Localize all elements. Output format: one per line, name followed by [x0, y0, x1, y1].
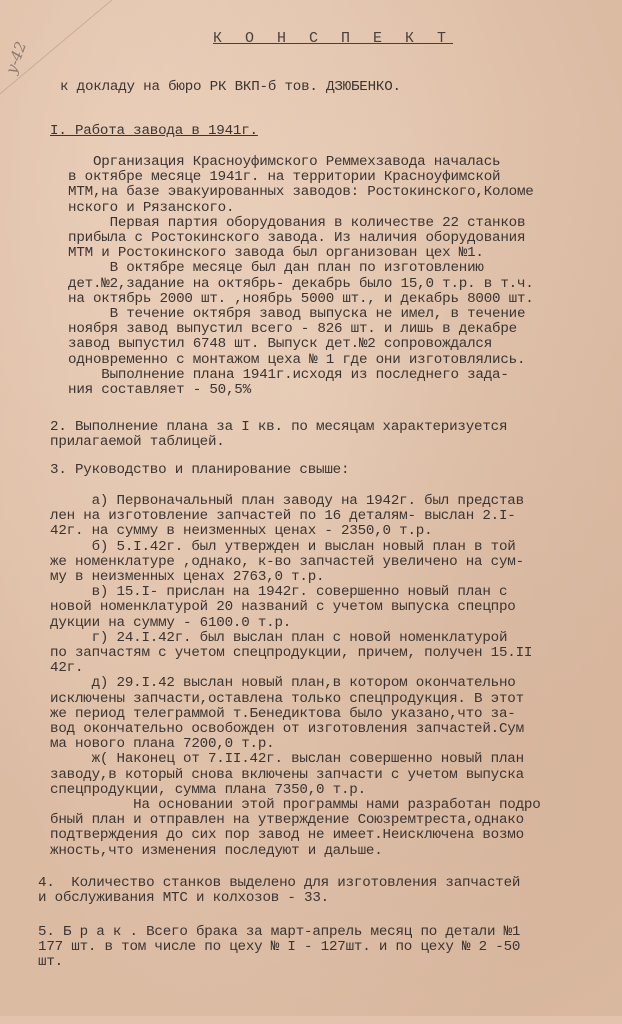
text-line: 4. Количество станков выделено для изгот…: [38, 876, 520, 890]
text-line: в) 15.I- прислан на 1942г. совершенно но…: [50, 585, 507, 599]
text-line: жность,что изменения последуют и дальше.: [50, 844, 383, 858]
text-line: заводу,в который снова включены запчасти…: [50, 768, 524, 782]
text-line: на октябрь 2000 шт. ,ноябрь 5000 шт., и …: [68, 292, 534, 306]
section-1-heading-text: I. Работа завода в 1941г.: [50, 123, 258, 139]
text-line: ж( Наконец от 7.II.42г. выслан совершенн…: [50, 752, 524, 766]
text-line: шт.: [38, 955, 63, 969]
document-page: у-42 К О Н С П Е К Т к докладу на бюро Р…: [0, 0, 622, 1016]
text-line: 5. Б р а к . Всего брака за март-апрель …: [38, 925, 520, 939]
text-line: одновременно с монтажом цеха № 1 где они…: [68, 353, 525, 367]
text-line: исключены запчасти,оставлена только спец…: [50, 692, 524, 706]
section-3-heading: 3. Руководство и планирование свыше:: [50, 463, 349, 477]
text-line: же период телеграммой т.Бенедиктова было…: [50, 707, 516, 721]
text-line: прилагаемой таблицей.: [50, 435, 225, 449]
text-line: нского и Рязанского.: [68, 201, 234, 215]
text-line: вод окончательно освобожден от изготовле…: [50, 722, 524, 736]
text-line: по запчастям с учетом спецпродукции, при…: [50, 646, 532, 660]
document-subtitle: к докладу на бюро РК ВКП-б тов. ДЗЮБЕНКО…: [60, 80, 401, 94]
text-line: в октябре месяце 1941г. на территории Кр…: [68, 170, 500, 184]
text-line: му в неизменных ценах 2763,0 т.р.: [50, 570, 324, 584]
text-line: д) 29.I.42 выслан новый план,в котором о…: [50, 676, 516, 690]
text-line: МТМ,на базе эвакуированных заводов: Рост…: [68, 185, 534, 199]
text-line: б) 5.I.42г. был утвержден и выслан новый…: [50, 540, 516, 554]
text-line: дукции на сумму - 6100.0 т.р.: [50, 616, 291, 630]
text-line: 2. Выполнение плана за I кв. по месяцам …: [50, 420, 507, 434]
text-line: завод выпустил 6748 шт. Выпуск дет.№2 со…: [68, 337, 492, 351]
text-line: 42г. на сумму в неизменных ценах - 2350,…: [50, 524, 432, 538]
section-1-heading: I. Работа завода в 1941г.: [50, 124, 258, 138]
text-line: бный план и отправлен на утверждение Сою…: [50, 813, 524, 827]
text-line: Первая партия оборудования в количестве …: [68, 216, 525, 230]
text-line: На основании этой программы нами разрабо…: [50, 798, 541, 812]
text-line: Выполнение плана 1941г.исходя из последн…: [68, 368, 509, 382]
text-line: ноября завод выпустил всего - 826 шт. и …: [68, 322, 517, 336]
text-line: а) Первоначальный план заводу на 1942г. …: [50, 494, 524, 508]
document-title: К О Н С П Е К Т: [213, 32, 453, 46]
text-line: ния составляет - 50,5%: [68, 383, 251, 397]
text-line: г) 24.I.42г. был выслан план с новой ном…: [50, 631, 507, 645]
text-line: прибыла с Ростокинского завода. Из налич…: [68, 231, 525, 245]
text-line: 42г.: [50, 661, 83, 675]
text-line: новой номенклатурой 20 названий с учетом…: [50, 600, 516, 614]
text-line: Организация Красноуфимского Реммехзавода…: [68, 155, 500, 169]
text-line: В течение октября завод выпуска не имел,…: [68, 307, 525, 321]
text-line: же номенклатуре ,однако, к-во запчастей …: [50, 555, 524, 569]
text-line: ма нового плана 7200,0 т.р.: [50, 737, 274, 751]
text-line: дет.№2,задание на октябрь- декабрь было …: [68, 277, 534, 291]
text-line: МТМ и Ростокинского завода был организов…: [68, 246, 484, 260]
text-line: и обслуживания МТС и колхозов - 33.: [38, 891, 329, 905]
text-line: 177 шт. в том числе по цеху № I - 127шт.…: [38, 940, 520, 954]
text-line: В октябре месяце был дан план по изготов…: [68, 261, 484, 275]
text-line: подтверждения до сих пор завод не имеет.…: [50, 828, 524, 842]
text-line: лен на изготовление запчастей по 16 дета…: [50, 509, 516, 523]
text-line: спецпродукции, сумма плана 7350,0 т.р.: [50, 783, 366, 797]
